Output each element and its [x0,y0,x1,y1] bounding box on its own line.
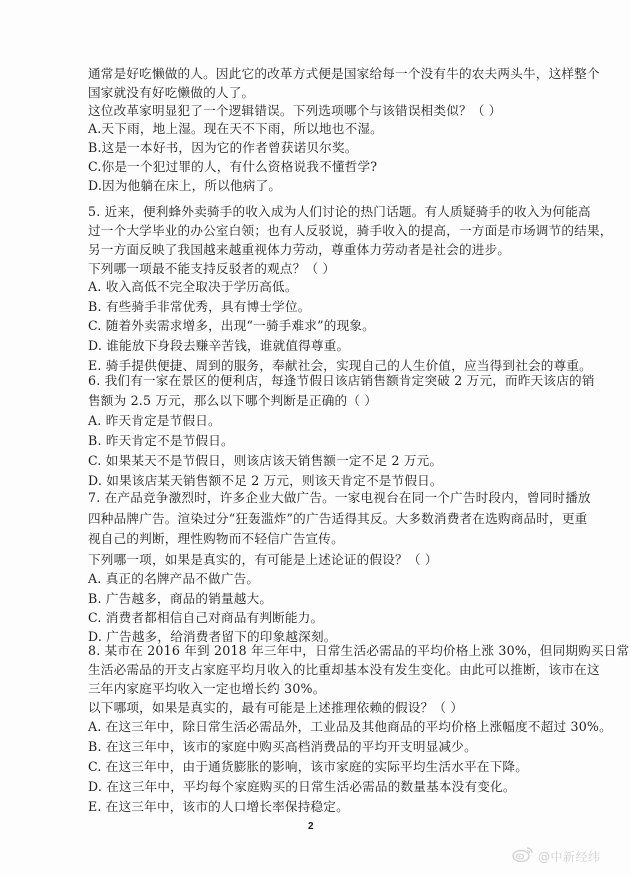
text-line: 6. 我们有一家在景区的便利店，每逢节假日该店销售额肯定突破 2 万元，而昨天该… [88,373,548,389]
text-line: B. 在这三年中，该市的家庭中购买高档消费品的平均开支明显减少。 [88,739,548,755]
text-line: D. 在这三年中，平均每个家庭购买的日常生活必需品的数量基本没有变化。 [88,779,548,795]
document-page: 通常是好吃懒做的人。因此它的改革方式便是国家给每一个没有牛的农夫两头牛，这样整个… [0,0,630,875]
text-line: B. 昨天肯定不是节假日。 [88,433,548,449]
text-line: 三年内家庭平均收入一定也增长约 30%。 [88,681,548,697]
text-line: C. 消费者都相信自己对商品有判断能力。 [88,610,548,626]
text-line: C. 如果某天不是节假日，则该店该天销售额一定不足 2 万元。 [88,453,548,469]
text-line: E. 骑手提供便捷、周到的服务，奉献社会，实现自己的人生价值，应当得到社会的尊重… [88,358,548,374]
text-line: A. 收入高低不完全取决于学历高低。 [88,279,548,295]
text-line: 以下哪项，如果是真实的，最有可能是上述推理依赖的假设？（ ） [88,700,548,716]
text-line: A.天下雨，地上湿。现在天不下雨，所以地也不湿。 [88,121,548,137]
text-line: 下列哪一项，如果是真实的，有可能是上述论证的假设？（ ） [88,552,548,568]
text-line: A. 真正的名牌产品不做广告。 [88,571,548,587]
text-line: A. 在这三年中，除日常生活必需品外，工业品及其他商品的平均价格上涨幅度不超过 … [88,719,548,735]
text-line: 视自己的判断，理性购物而不轻信广告宣传。 [88,531,548,547]
text-line: 5. 近来，便利蜂外卖骑手的收入成为人们讨论的热门话题。有人质疑骑手的收入为何能… [88,204,548,220]
watermark-text: @中新经纬 [538,848,601,865]
text-line: C. 随着外卖需求增多，出现“一骑手难求”的现象。 [88,318,548,334]
weibo-icon [512,846,534,866]
text-line: 通常是好吃懒做的人。因此它的改革方式便是国家给每一个没有牛的农夫两头牛，这样整个 [88,66,548,82]
text-line: E. 在这三年中，该市的人口增长率保持稳定。 [88,799,548,815]
text-line: C.你是一个犯过罪的人，有什么资格说我不懂哲学? [88,159,548,175]
text-line: 下列哪一项最不能支持反驳者的观点？（ ） [88,261,548,277]
text-line: 生活必需品的开支占家庭平均月收入的比重却基本没有发生变化。由此可以推断，该市在这 [88,662,548,678]
text-line: D.因为他躺在床上，所以他病了。 [88,178,548,194]
text-line: 7. 在产品竞争激烈时，许多企业大做广告。一家电视台在同一个广告时段内，曾同时播… [88,490,548,506]
text-line: C. 在这三年中，由于通货膨胀的影响，该市家庭的实际平均生活水平在下降。 [88,759,548,775]
text-line: 另一方面反映了我国越来越重视体力劳动，尊重体力劳动者是社会的进步。 [88,242,548,258]
text-line: 国家就没有好吃懒做的人了。 [88,85,548,101]
text-line: A. 昨天肯定是节假日。 [88,413,548,429]
text-line: B. 有些骑手非常优秀，具有博士学位。 [88,299,548,315]
text-line: 过一个大学毕业的办公室白领；也有人反驳说，骑手收入的提高，一方面是市场调节的结果… [88,223,548,239]
text-line: 8. 某市在 2016 年到 2018 年三年中，日常生活必需品的平均价格上涨 … [88,643,548,659]
text-line: D. 如果该店某天销售额不足 2 万元，则该天肯定不是节假日。 [88,473,548,489]
text-line: 售额为 2.5 万元，那么以下哪个判断是正确的（ ） [88,393,548,409]
text-line: D. 谁能放下身段去赚辛苦钱，谁就值得尊重。 [88,338,548,354]
text-line: 四种品牌广告。渲染过分“狂轰滥炸”的广告适得其反。大多数消费者在选购商品时，更重 [88,511,548,527]
text-line: B. 广告越多，商品的销量越大。 [88,591,548,607]
watermark: @中新经纬 [512,846,601,866]
text-line: B.这是一本好书，因为它的作者曾获诺贝尔奖。 [88,140,548,156]
text-line: 这位改革家明显犯了一个逻辑错误。下列选项哪个与该错误相类似？（ ） [88,103,548,119]
page-number: 2 [308,821,314,832]
